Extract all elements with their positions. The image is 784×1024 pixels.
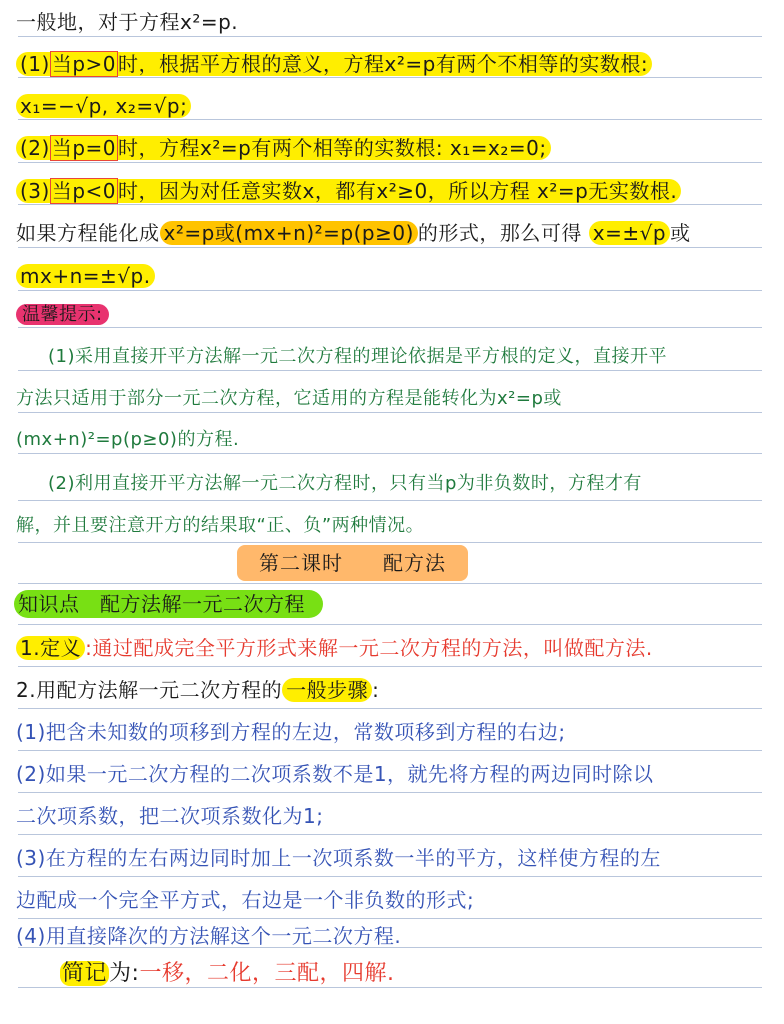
ruled-line xyxy=(18,750,762,751)
tip-2-line-1: (2)利用直接开平方法解一元二次方程时，只有当p为非负数时，方程才有 xyxy=(48,470,642,498)
step-4: (4)用直接降次的方法解这个一元二次方程. xyxy=(16,922,401,950)
steps-heading: 2.用配方法解一元二次方程的一般步骤: xyxy=(16,676,379,704)
ruled-line xyxy=(18,624,762,625)
tip-label: 温馨提示: xyxy=(16,301,109,329)
case-1-roots: x₁=−√p, x₂=√p; xyxy=(16,92,191,120)
step-3-line-2: 边配成一个完全平方式，右边是一个非负数的形式; xyxy=(16,886,474,914)
definition-label: 1.定义 xyxy=(16,636,85,660)
condition-box: 当p<0 xyxy=(50,178,118,204)
ruled-line xyxy=(18,834,762,835)
ruled-line xyxy=(18,290,762,291)
summary: 简记为:一移，二化，三配，四解. xyxy=(60,960,394,988)
case-1: (1)当p>0时，根据平方根的意义，方程x²=p有两个不相等的实数根: xyxy=(16,50,652,78)
summary-label-highlight: 简记 xyxy=(60,961,109,986)
form-highlight: x²=p或(mx+n)²=p(p≥0) xyxy=(160,221,418,245)
case-2-highlight: (2)当p=0时，方程x²=p有两个相等的实数根: x₁=x₂=0; xyxy=(16,136,551,160)
tip-1-line-2: 方法只适用于部分一元二次方程，它适用的方程是能转化为x²=p或 xyxy=(16,385,562,413)
ruled-line xyxy=(18,500,762,501)
ruled-line xyxy=(18,247,762,248)
intro-text: 一般地，对于方程x²=p. xyxy=(16,8,238,36)
ruled-line xyxy=(18,162,762,163)
ruled-line xyxy=(18,708,762,709)
case-3-highlight: (3)当p<0时，因为对任意实数x，都有x²≥0，所以方程 x²=p无实数根. xyxy=(16,179,681,203)
tip-2-line-2: 解，并且要注意开方的结果取“正、负”两种情况。 xyxy=(16,512,424,540)
case-3: (3)当p<0时，因为对任意实数x，都有x²≥0，所以方程 x²=p无实数根. xyxy=(16,177,681,205)
case-1-highlight: (1)当p>0时，根据平方根的意义，方程x²=p有两个不相等的实数根: xyxy=(16,52,652,76)
ruled-line xyxy=(18,542,762,543)
tip-1-line-1: (1)采用直接开平方法解一元二次方程的理论依据是平方根的定义，直接开平 xyxy=(48,343,667,371)
ruled-line xyxy=(18,918,762,919)
ruled-line xyxy=(18,876,762,877)
step-1: (1)把含未知数的项移到方程的左边，常数项移到方程的右边; xyxy=(16,718,566,746)
lesson-title: 第二课时配方法 xyxy=(237,545,468,581)
ruled-line xyxy=(18,792,762,793)
condition-box: 当p=0 xyxy=(50,135,118,161)
ruled-line xyxy=(18,666,762,667)
definition: 1.定义:通过配成完全平方形式来解一元二次方程的方法，叫做配方法. xyxy=(16,634,653,662)
knowledge-point: 知识点 配方法解一元二次方程 xyxy=(14,590,323,618)
step-3-line-1: (3)在方程的左右两边同时加上一次项系数一半的平方，这样使方程的左 xyxy=(16,844,661,872)
tip-1-line-3: (mx+n)²=p(p≥0)的方程. xyxy=(16,426,239,454)
case-2: (2)当p=0时，方程x²=p有两个相等的实数根: x₁=x₂=0; xyxy=(16,134,551,162)
general-form-result: mx+n=±√p. xyxy=(16,262,155,290)
ruled-line xyxy=(18,583,762,584)
result-highlight: x=±√p xyxy=(589,221,670,245)
step-2-line-1: (2)如果一元二次方程的二次项系数不是1，就先将方程的两边同时除以 xyxy=(16,760,654,788)
ruled-line xyxy=(18,36,762,37)
general-form: 如果方程能化成x²=p或(mx+n)²=p(p≥0)的形式，那么可得 x=±√p… xyxy=(16,219,691,247)
condition-box: 当p>0 xyxy=(50,51,118,77)
step-2-line-2: 二次项系数，把二次项系数化为1; xyxy=(16,802,323,830)
ruled-line xyxy=(18,327,762,328)
